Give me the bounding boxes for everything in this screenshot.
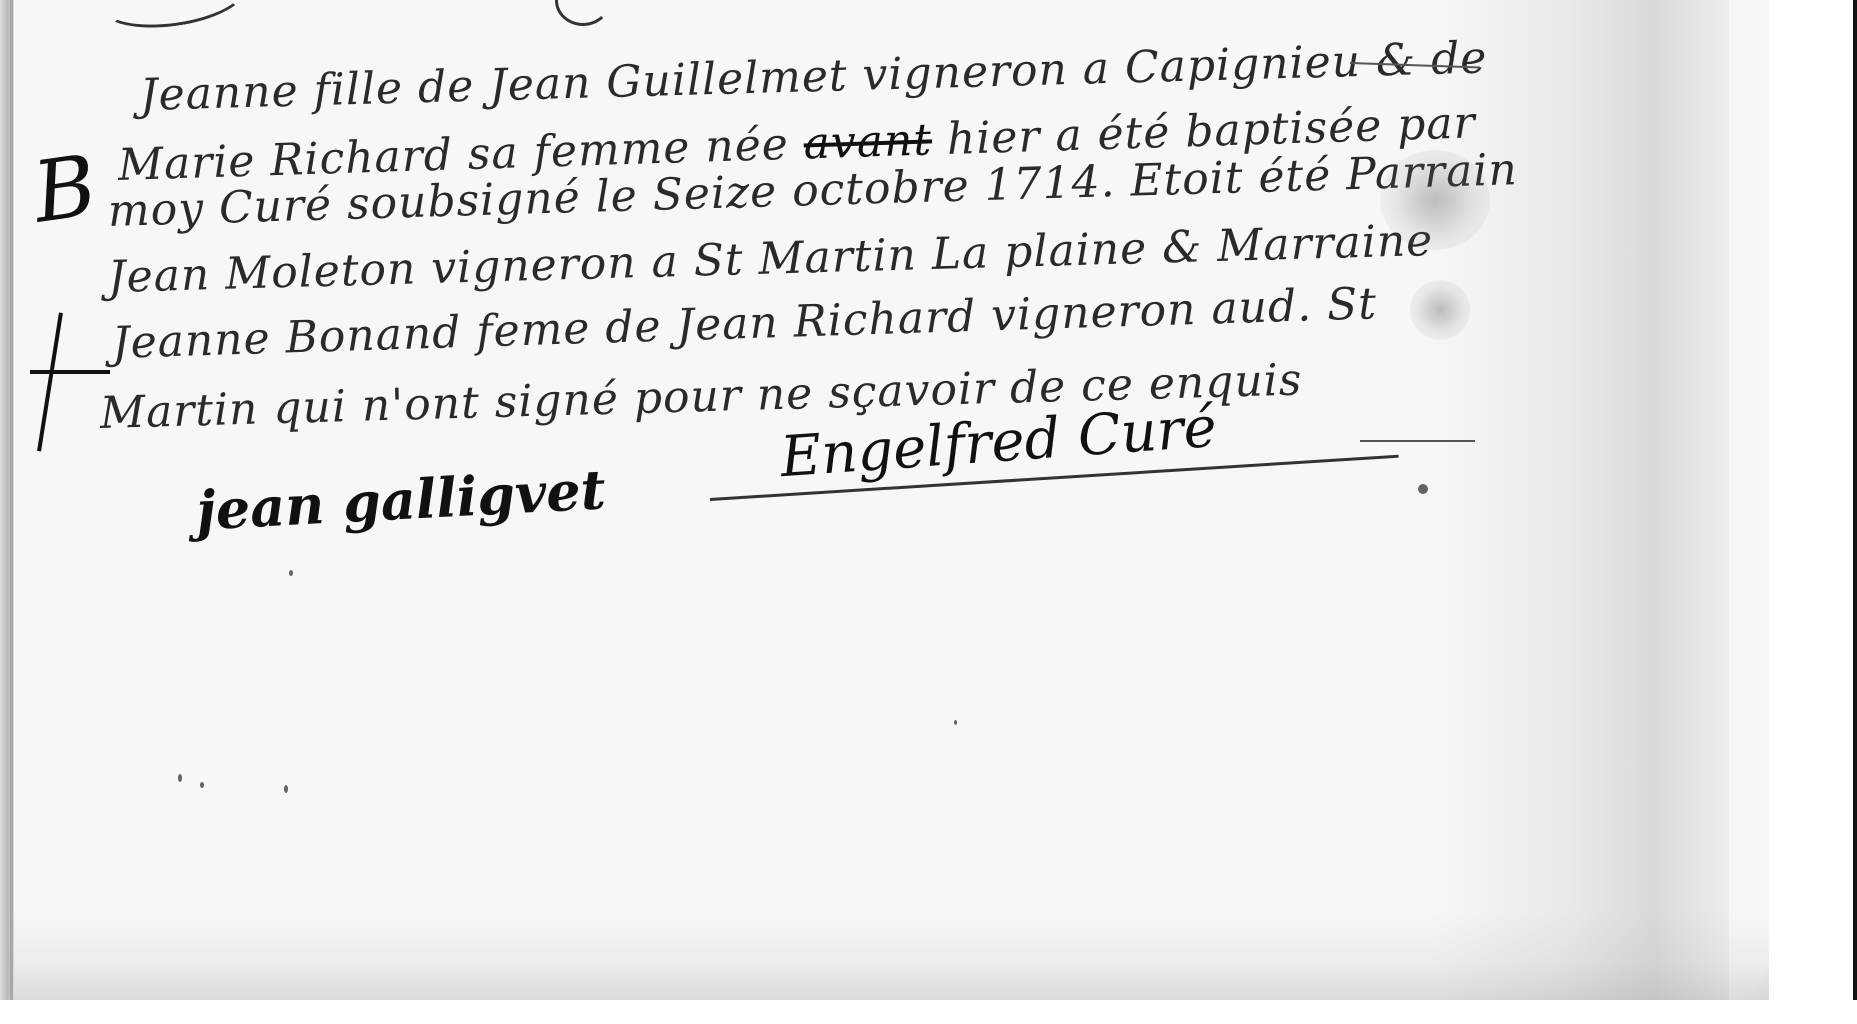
ink-spot (1418, 484, 1428, 494)
baptism-mark-b: B (27, 136, 102, 242)
scan-right-border (1853, 0, 1857, 1024)
cross-mark-horizontal (30, 370, 110, 374)
line-fill-rule-2 (1360, 440, 1475, 442)
scan-right-margin (1769, 0, 1857, 1024)
scan-bottom-margin (0, 1000, 1857, 1024)
ink-spot (954, 720, 957, 725)
ink-spot (284, 785, 288, 793)
stain-smudge (1380, 150, 1490, 250)
ink-spot (200, 782, 204, 788)
ink-spot (178, 774, 182, 782)
stain-smudge (1410, 280, 1470, 340)
bottom-edge-wear (14, 910, 1769, 1000)
ink-spot (289, 570, 293, 576)
document-page: B Jeanne fille de Jean Guillelmet vigner… (0, 0, 1857, 1024)
binding-shadow-line (10, 0, 13, 1024)
